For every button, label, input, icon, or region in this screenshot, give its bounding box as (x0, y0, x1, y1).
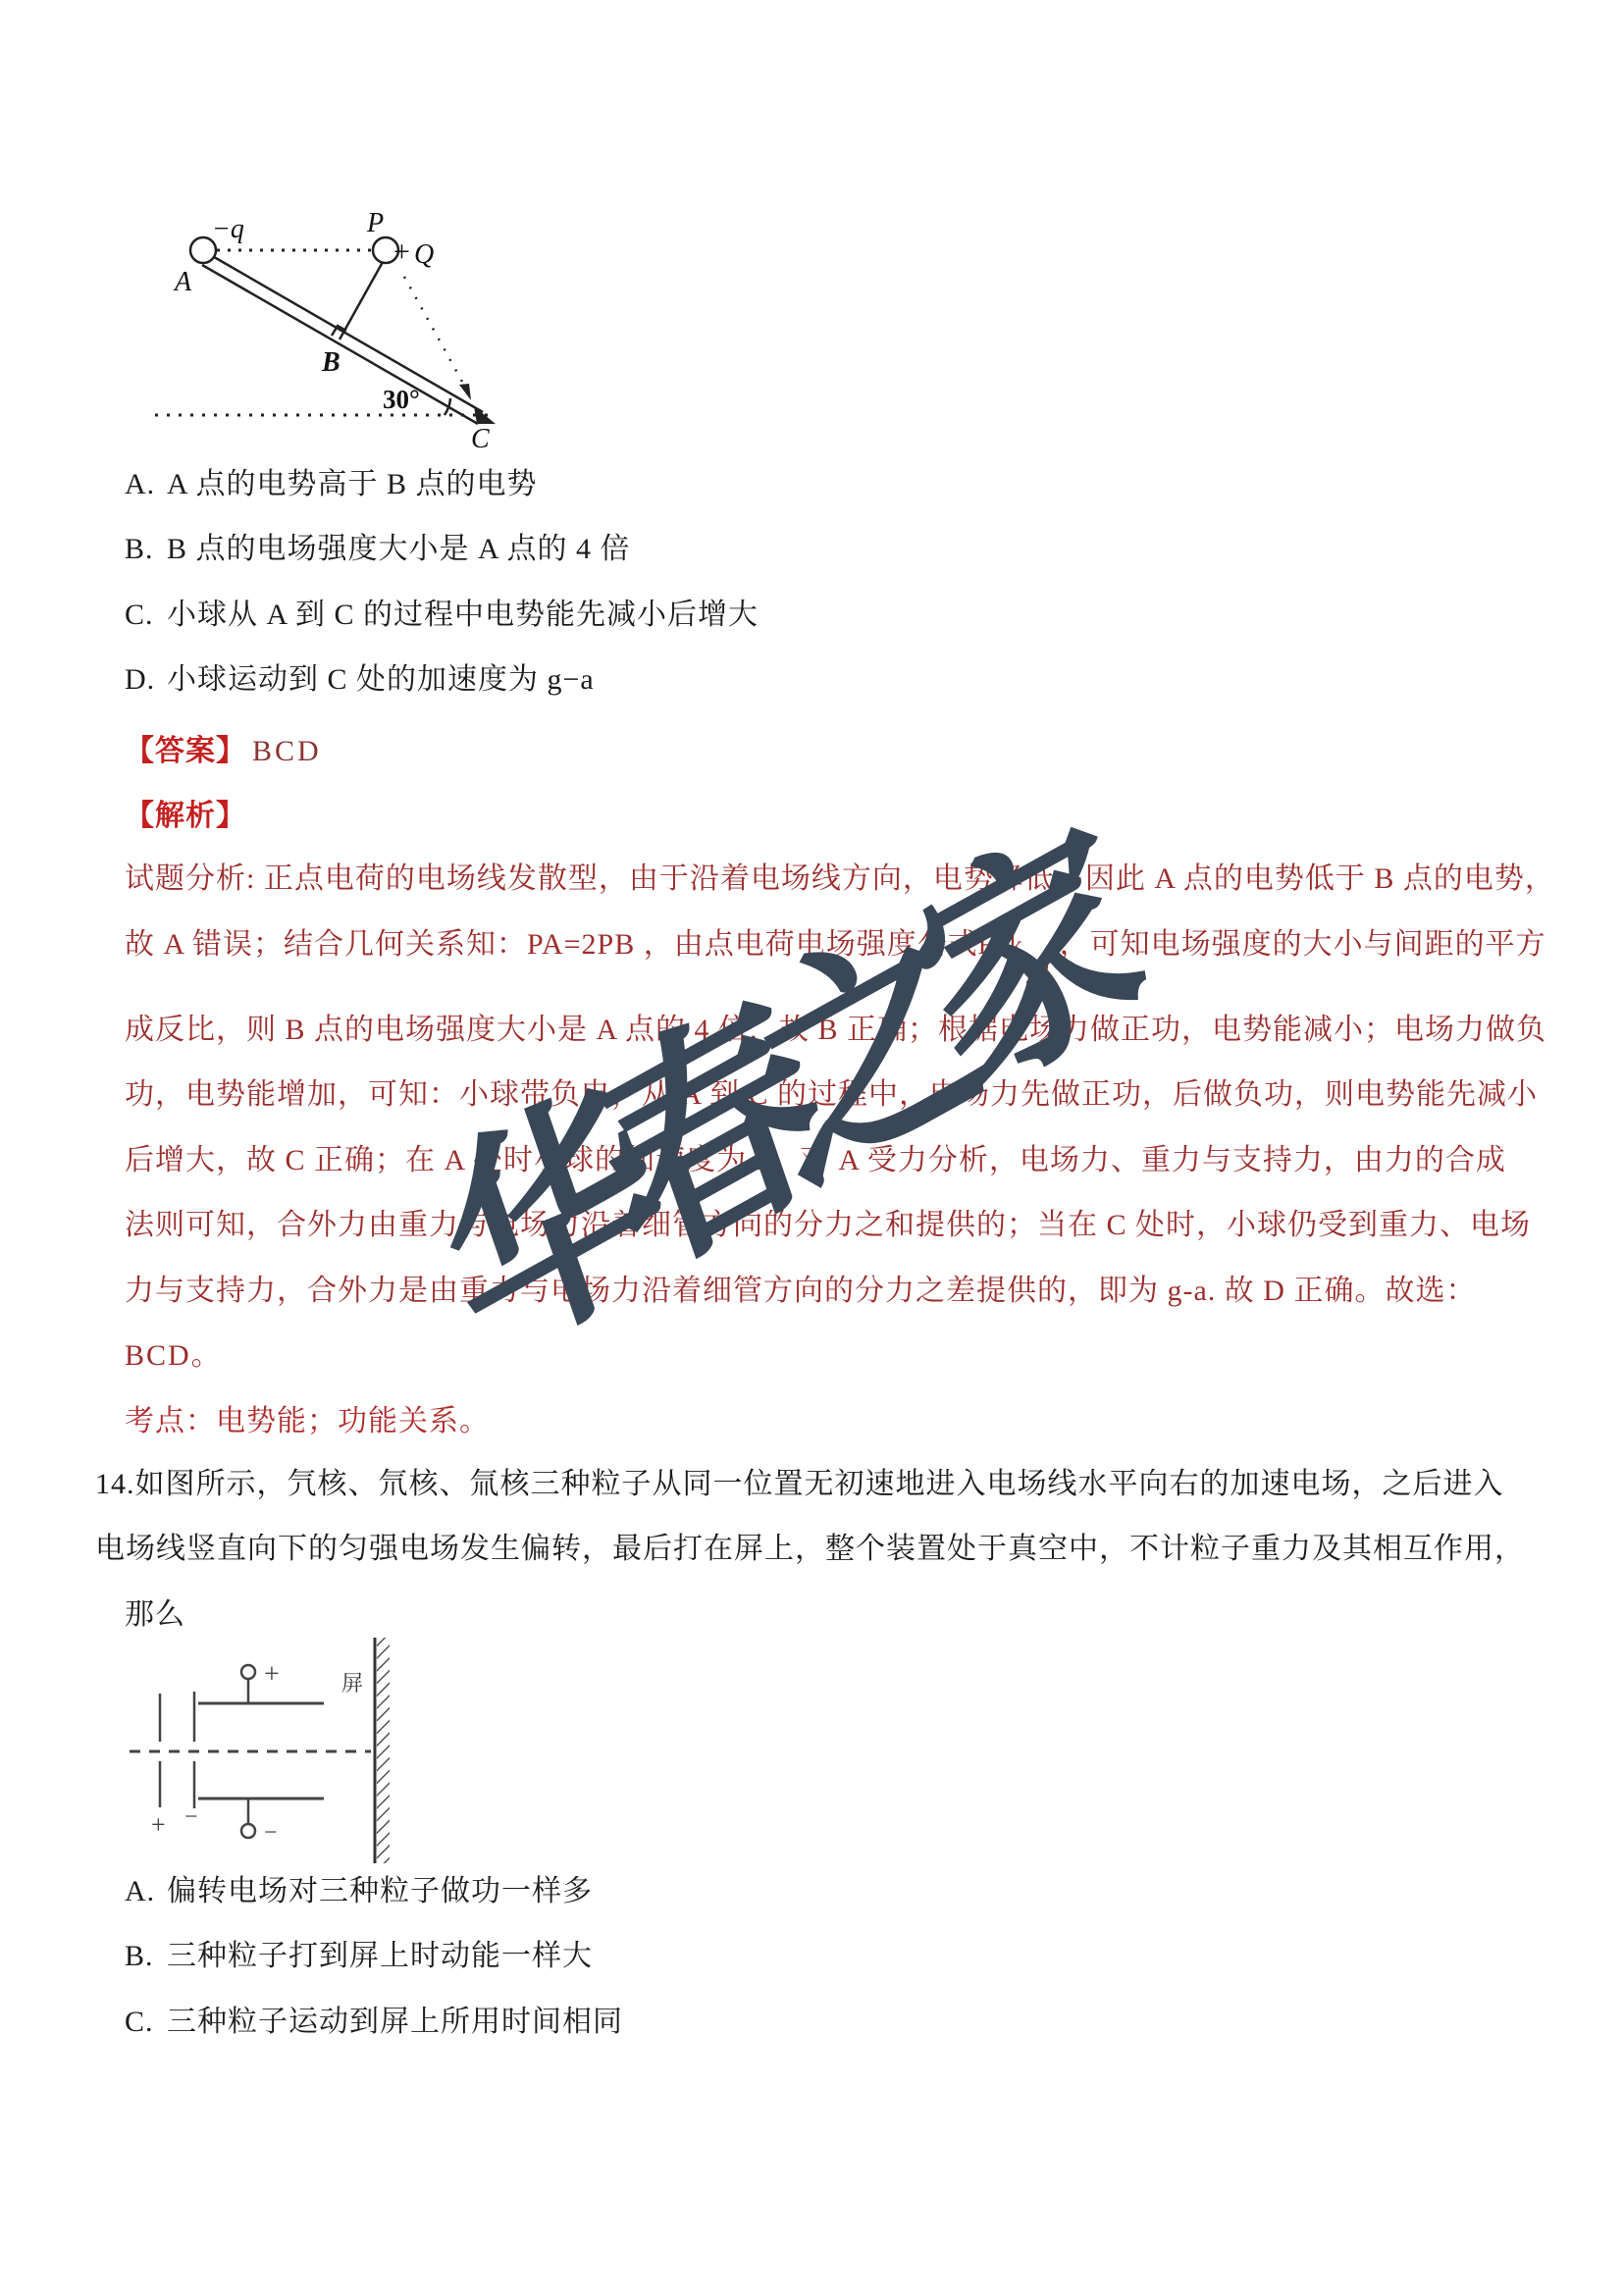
label-minus-q: −q (212, 214, 244, 244)
q14-option-c-label: C. (125, 2003, 167, 2042)
q14-option-b-label: B. (125, 1937, 167, 1976)
q13-option-a-label: A. (125, 465, 167, 504)
analysis-line-7: 力与支持力，合外力是由重力与电场力沿着细管方向的分力之差提供的，即为 g-a. … (125, 1272, 1476, 1311)
answer-value: BCD (252, 735, 322, 767)
analysis-line-2-pre: 故 A 错误；结合几何关系知：PA=2PB ，由点电荷电场强度公式 (125, 928, 978, 961)
formula-numerator: Q (1026, 957, 1056, 981)
q14-stem-line-3: 那么 (125, 1595, 185, 1635)
label-p: P (366, 208, 384, 238)
analysis-marker-row: 【解析】 (125, 797, 246, 836)
analysis-line-5: 后增大，故 C 正确；在 A 处时小球的加速度为 a，对 A 受力分析，电场力、… (125, 1141, 1506, 1180)
deflection-field-diagram: 屏 + − + − (128, 1632, 491, 1867)
angle-arc (445, 398, 450, 415)
analysis-line-4: 功，电势能增加，可知：小球带负电，从 A 到 C 的过程中，电场力先做正功，后做… (125, 1075, 1538, 1115)
top-terminal-plus: + (264, 1659, 280, 1690)
q13-option-a-text: A 点的电势高于 B 点的电势 (167, 468, 538, 500)
incline-tube-diagram: −q A P + Q B 30° C (147, 206, 520, 456)
analysis-line-1: 试题分析: 正点电荷的电场线发散型，由于沿着电场线方向，电势降低，因此 A 点的… (125, 860, 1555, 899)
top-terminal-icon (241, 1665, 255, 1679)
q13-option-c-label: C. (125, 596, 167, 635)
formula-lhs: E=k (978, 930, 1022, 960)
watermark-text: 华春之家 (394, 731, 1176, 1418)
accel-minus-label: − (184, 1804, 198, 1830)
analysis-line-8: BCD。 (125, 1336, 223, 1376)
q14-stem-line-1: 14.如图所示，氕核、氘核、氚核三种粒子从同一位置无初速地进入电场线水平向右的加… (95, 1465, 1504, 1504)
q14-option-a-label: A. (125, 1872, 167, 1911)
label-a: A (173, 267, 192, 297)
accel-plus-label: + (151, 1810, 166, 1839)
tube-upper-edge (209, 254, 483, 412)
label-plus-sign: + (393, 235, 410, 268)
q13-option-b-text: B 点的电场强度大小是 A 点的 4 倍 (167, 533, 631, 565)
label-b: B (321, 347, 340, 378)
q14-option-b: B.三种粒子打到屏上时动能一样大 (125, 1937, 593, 1976)
q14-option-b-text: 三种粒子打到屏上时动能一样大 (167, 1940, 593, 1972)
analysis-marker: 【解析】 (125, 800, 246, 832)
q13-option-a: A.A 点的电势高于 B 点的电势 (125, 465, 538, 504)
q14-option-c-text: 三种粒子运动到屏上所用时间相同 (167, 2006, 623, 2038)
analysis-line-3: 成反比，则 B 点的电场强度大小是 A 点的 4 倍，故 B 正确；根据电场力做… (125, 1011, 1546, 1050)
point-charge-field-formula: Qr² (1026, 957, 1056, 1008)
label-q-charge: Q (414, 239, 434, 270)
label-c: C (471, 424, 490, 454)
q13-option-d: D.小球运动到 C 处的加速度为 g−a (125, 660, 595, 700)
q13-option-b-label: B. (125, 530, 167, 569)
label-angle-30: 30° (383, 385, 420, 414)
q13-option-c-text: 小球从 A 到 C 的过程中电势能先减小后增大 (167, 599, 759, 631)
field-line-arrowhead (459, 384, 471, 400)
exam-point-line: 考点：电势能；功能关系。 (125, 1402, 490, 1441)
answer-marker: 【答案】 (125, 735, 246, 767)
perpendicular-p-to-b (340, 262, 383, 339)
analysis-line-2-post: ，可知电场强度的大小与间距的平方 (1060, 928, 1546, 961)
q14-option-c: C.三种粒子运动到屏上所用时间相同 (125, 2003, 623, 2042)
tube-arrowhead (474, 406, 496, 424)
q13-option-c: C.小球从 A 到 C 的过程中电势能先减小后增大 (125, 596, 759, 635)
q13-option-b: B.B 点的电场强度大小是 A 点的 4 倍 (125, 530, 631, 569)
q13-option-d-label: D. (125, 660, 167, 700)
tube-lower-edge (202, 265, 478, 424)
bottom-terminal-icon (241, 1824, 255, 1838)
exam-solution-page: −q A P + Q B 30° C A.A 点的电势高于 B 点的电势 B.B… (0, 0, 1623, 2296)
bottom-terminal-minus: − (264, 1820, 278, 1846)
screen-hatching (377, 1638, 390, 1863)
q14-option-a-text: 偏转电场对三种粒子做功一样多 (167, 1875, 593, 1907)
q14-stem-line-2: 电场线竖直向下的匀强电场发生偏转，最后打在屏上，整个装置处于真空中，不计粒子重力… (95, 1530, 1525, 1569)
answer-row: 【答案】BCD (125, 732, 322, 771)
analysis-line-6: 法则可知，合外力由重力与电场力沿着细管方向的分力之和提供的；当在 C 处时，小球… (125, 1206, 1531, 1245)
q14-option-a: A.偏转电场对三种粒子做功一样多 (125, 1872, 593, 1911)
screen-label: 屏 (341, 1671, 363, 1696)
formula-denominator: r² (1032, 983, 1050, 1008)
analysis-line-2: 故 A 错误；结合几何关系知：PA=2PB ，由点电荷电场强度公式E=kQr²，… (125, 925, 1546, 1008)
q13-option-d-text: 小球运动到 C 处的加速度为 g−a (167, 663, 595, 696)
